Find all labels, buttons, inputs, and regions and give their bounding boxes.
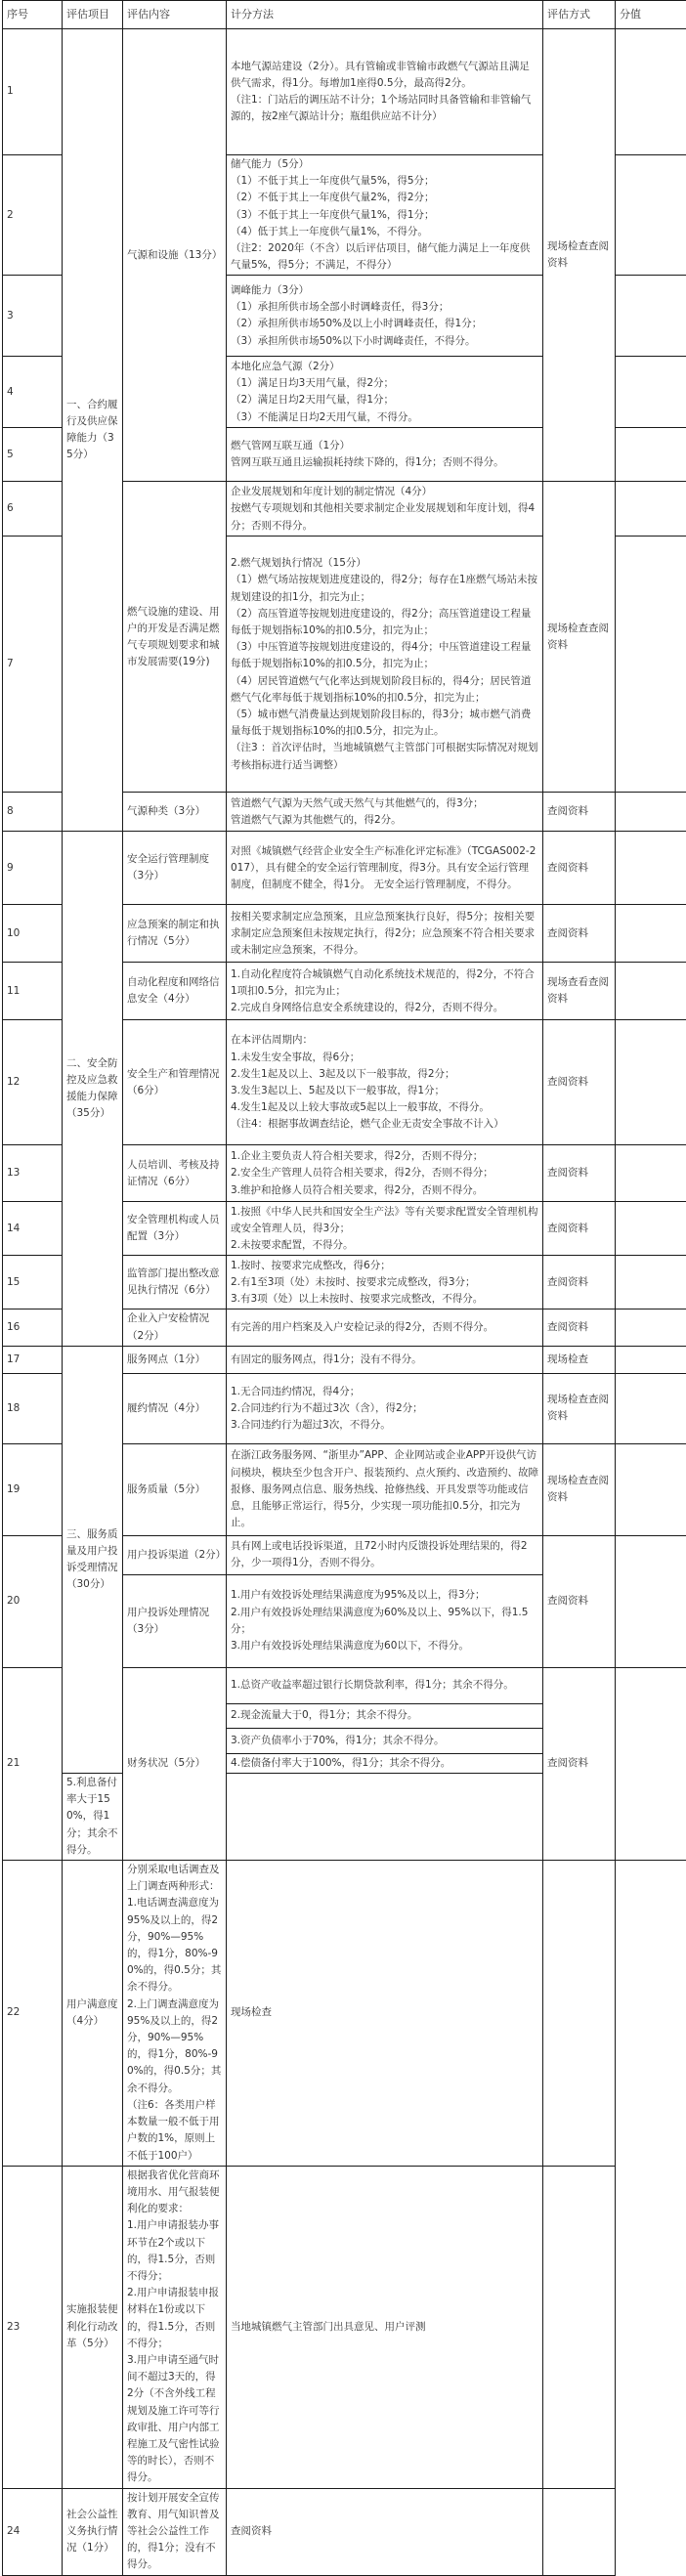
score-cell[interactable] xyxy=(616,1202,686,1256)
evaluation-content: 燃气设施的建设、用户的开发是否满足燃气专项规划要求和城市发展需要(19分) xyxy=(123,482,227,793)
table-row: 17 三、服务质量及用户投诉受理情况（30分） 服务网点（1分） 有固定的服务网… xyxy=(3,1346,686,1373)
row-number: 23 xyxy=(3,2166,63,2488)
method-line: （3）承担所供市场50%以下小时调峰责任，不得分。 xyxy=(231,333,538,350)
evaluation-content: 应急预案的制定和执行情况（5分） xyxy=(123,905,227,963)
method-line: （2）高压管道等按规划进度建设的，得2分；高压管道建设工程量每低于规划指标10%… xyxy=(231,606,538,639)
header-item: 评估项目 xyxy=(63,1,123,29)
row-number: 12 xyxy=(3,1020,63,1145)
method-line: 2.上门调查满意度为95%及以上的，得2分，90%—95%的，得1分，80%-9… xyxy=(127,1996,222,2097)
row-number: 10 xyxy=(3,905,63,963)
score-cell[interactable] xyxy=(616,963,686,1020)
method-line: 1.用户有效投诉处理结果满意度为95%及以上，得3分； xyxy=(231,1587,538,1604)
scoring-method: 对照《城镇燃气经营企业安全生产标准化评定标准》（TCGAS002-2017），具… xyxy=(227,832,543,905)
evaluation-content: 气源种类（3分） xyxy=(123,793,227,832)
header-way: 评估方式 xyxy=(543,1,616,29)
method-line: （1）满足日均3天用气量，得2分； xyxy=(231,375,538,392)
score-cell[interactable] xyxy=(616,793,686,832)
scoring-method: 1.按照《中华人民共和国安全生产法》等有关要求配置安全管理机构或安全管理人员，得… xyxy=(227,1202,543,1256)
method-line: 在本评估周期内： xyxy=(231,1032,538,1049)
evaluation-item-group-2: 二、安全防控及应急救援能力保障（35分） xyxy=(63,832,123,1346)
scoring-method: 燃气管网互联互通（1分） 管网互联互通且运输损耗持续下降的，得1分；否则不得分。 xyxy=(227,428,543,482)
evaluation-way: 查阅资料 xyxy=(543,1309,616,1346)
evaluation-content: 安全运行管理制度（3分） xyxy=(123,832,227,905)
method-line: 有固定的服务网点，得1分；没有不得分。 xyxy=(231,1352,538,1368)
row-number: 5 xyxy=(3,428,63,482)
score-cell[interactable] xyxy=(616,537,686,793)
method-line: （3）中压管道等按规划进度建设的，得4分；中压管道建设工程量每低于规划指标10%… xyxy=(231,639,538,672)
method-line: 企业发展规划和年度计划的制定情况（4分） xyxy=(231,484,538,500)
evaluation-content: 自动化程度和网络信息安全（4分） xyxy=(123,963,227,1020)
method-line: 根据我省优化营商环境用水、用气报装便利化的要求： xyxy=(127,2168,222,2218)
method-line: 燃气管网互联互通（1分） xyxy=(231,438,538,454)
row-number: 19 xyxy=(3,1443,63,1535)
method-line: 3.有3项（处）以上未按时、按要求完成整改，不得分。 xyxy=(231,1291,538,1308)
evaluation-item-group-1: 一、合约履行及供应保障能力（35分） xyxy=(63,29,123,832)
method-line: 2.完成自身网络信息安全系统建设的，得2分，否则不得分。 xyxy=(231,1000,538,1016)
method-line: 管道燃气气源为其他燃气的，得2分。 xyxy=(231,812,538,829)
scoring-method: 1.总资产收益率超过银行长期贷款利率，得1分；其余不得分。 xyxy=(227,1667,543,1703)
evaluation-way: 查阅资料 xyxy=(543,1202,616,1256)
method-line: 2.燃气规划执行情况（15分） xyxy=(231,555,538,572)
scoring-method: 本地化应急气源（2分） （1）满足日均3天用气量，得2分； （2）满足日均2天用… xyxy=(227,357,543,428)
row-number: 24 xyxy=(3,2488,63,2575)
evaluation-content: 履约情况（4分） xyxy=(123,1373,227,1443)
evaluation-way: 现场检查查阅资料 xyxy=(543,1443,616,1535)
row-number: 8 xyxy=(3,793,63,832)
method-line: （5）城市燃气消费量达到规划阶段目标的，得3分；城市燃气消费量每低于规划指标10… xyxy=(231,707,538,740)
scoring-method: 3.资产负债率小于70%，得1分；其余不得分。 xyxy=(227,1728,543,1753)
score-cell[interactable] xyxy=(616,1256,686,1309)
scoring-method: 5.利息备付率大于150%，得1分；其余不得分。 xyxy=(63,1774,123,1861)
method-line: 3.维护和抢修人员符合相关要求，得2分，否则不得分。 xyxy=(231,1182,538,1199)
score-cell[interactable] xyxy=(616,1145,686,1202)
evaluation-way: 现场检查查阅资料 xyxy=(543,1373,616,1443)
method-line: （注1：门站后的调压站不计分；1个场站同时具备管输和非管输气源的，按2座气源站计… xyxy=(231,92,538,125)
row-number: 4 xyxy=(3,357,63,428)
method-line: （2）满足日均2天用气量，得1分； xyxy=(231,392,538,408)
method-line: 2.有1至3项（处）未按时、按要求完成整改，得3分； xyxy=(231,1274,538,1291)
table-row: 9 二、安全防控及应急救援能力保障（35分） 安全运行管理制度（3分） 对照《城… xyxy=(3,832,686,905)
scoring-method: 具有网上或电话投诉渠道，且72小时内反馈投诉处理结果的，得2分，少一项得1分，否… xyxy=(227,1535,543,1574)
method-line: （1）承担所供市场全部小时调峰责任，得3分； xyxy=(231,299,538,316)
method-line: （注6：各类用户样本数量一般不低于用户数的1%，原则上不低于100户） xyxy=(127,2097,222,2165)
evaluation-way: 现场检查查阅资料 xyxy=(543,482,616,793)
method-line: （3）不低于其上一年度供气量1%，得1分； xyxy=(231,207,538,224)
evaluation-way: 现场查看查阅资料 xyxy=(543,963,616,1020)
row-number: 20 xyxy=(3,1535,63,1667)
evaluation-way: 查阅资料 xyxy=(543,1535,616,1667)
method-line: 1.按照《中华人民共和国安全生产法》等有关要求配置安全管理机构或安全管理人员，得… xyxy=(231,1204,538,1237)
table-row: 23 实施报装便利化行动改革（5分） 根据我省优化营商环境用水、用气报装便利化的… xyxy=(3,2166,686,2488)
method-line: 有完善的用户档案及入户安检记录的得2分，否则不得分。 xyxy=(231,1319,538,1336)
evaluation-way: 当地城镇燃气主管部门出具意见、用户评测 xyxy=(227,2166,543,2488)
score-cell[interactable] xyxy=(616,832,686,905)
evaluation-content: 社会公益性义务执行情况（1分） xyxy=(63,2488,123,2575)
evaluation-content: 监管部门提出整改意见执行情况（6分） xyxy=(123,1256,227,1309)
method-line: 按燃气专项规划和其他相关要求制定企业发展规划和年度计划，得4分；否则不得分。 xyxy=(231,500,538,534)
evaluation-content: 人员培训、考核及持证情况（6分） xyxy=(123,1145,227,1202)
method-line: 2.安全生产管理人员符合相关要求，得2分，否则不得分； xyxy=(231,1165,538,1181)
scoring-method: 1.无合同违约情况，得4分； 2.合同违约行为不超过3次（含），得2分； 3.合… xyxy=(227,1373,543,1443)
method-line: 2.未按要求配置，不得分。 xyxy=(231,1237,538,1254)
method-line: 储气能力（5分） xyxy=(231,156,538,173)
row-number: 15 xyxy=(3,1256,63,1309)
scoring-method: 1.企业主要负责人符合相关要求，得2分，否则不得分； 2.安全生产管理人员符合相… xyxy=(227,1145,543,1202)
score-cell[interactable] xyxy=(616,905,686,963)
method-line: （4）居民管道燃气气化率达到规划阶段目标的，得4分；居民管道燃气气化率每低于规划… xyxy=(231,673,538,707)
method-line: 具有网上或电话投诉渠道，且72小时内反馈投诉处理结果的，得2分，少一项得1分，否… xyxy=(231,1538,538,1571)
method-line: 按计划开展安全宣传教育、用气知识普及等社会公益性工作的，得1分；没有不得分。 xyxy=(127,2490,222,2574)
method-line: 1.无合同违约情况，得4分； xyxy=(231,1384,538,1400)
row-number: 1 xyxy=(3,29,63,155)
evaluation-way: 查阅资料 xyxy=(543,793,616,832)
scoring-method: 2.燃气规划执行情况（15分） （1）燃气场站按规划进度建设的，得2分；每存在1… xyxy=(227,537,543,793)
scoring-method: 1.自动化程度符合城镇燃气自动化系统技术规范的，得2分，不符合1项扣0.5分，扣… xyxy=(227,963,543,1020)
score-cell[interactable] xyxy=(616,1443,686,1535)
method-line: （注4：根据事故调查结论，燃气企业无责安全事故不计入） xyxy=(231,1116,538,1133)
method-line: 1.用户申请报装办事环节在2个或以下的，得1.5分，否则不得分； xyxy=(127,2217,222,2285)
header-no: 序号 xyxy=(3,1,63,29)
score-cell[interactable] xyxy=(616,29,686,155)
method-line: 3.发生3起以上、5起及以下一般事故，得1分； xyxy=(231,1083,538,1099)
evaluation-content: 服务质量（5分） xyxy=(123,1443,227,1535)
scoring-method: 有完善的用户档案及入户安检记录的得2分，否则不得分。 xyxy=(227,1309,543,1346)
score-cell[interactable] xyxy=(616,276,686,357)
evaluation-content: 气源和设施（13分） xyxy=(123,29,227,482)
score-cell[interactable] xyxy=(616,1373,686,1443)
method-line: 3.用户申请至通气时间不超过3天的，得2分（不含外线工程规划及施工许可等行政审批… xyxy=(127,2352,222,2487)
method-line: 调峰能力（3分） xyxy=(231,282,538,299)
method-line: （3）不能满足日均2天用气量，不得分。 xyxy=(231,409,538,426)
evaluation-way: 现场检查查阅资料 xyxy=(543,29,616,482)
evaluation-way: 查阅资料 xyxy=(543,1020,616,1145)
row-number: 14 xyxy=(3,1202,63,1256)
method-line: （2）承担所供市场50%及以上小时调峰责任，得1分； xyxy=(231,316,538,332)
method-line: 分别采取电话调查及上门调查两种形式： xyxy=(127,1862,222,1895)
row-number: 9 xyxy=(3,832,63,905)
evaluation-content: 服务网点（1分） xyxy=(123,1346,227,1373)
method-line: 3.合同违约行为超过3次，不得分。 xyxy=(231,1417,538,1434)
header-score: 分值 xyxy=(616,1,686,29)
score-cell[interactable] xyxy=(616,482,686,537)
evaluation-content: 财务状况（5分） xyxy=(123,1667,227,1860)
method-line: （注2：2020年（不含）以后评估项目，储气能力满足上一年度供气量5%，得5分；… xyxy=(231,240,538,274)
evaluation-way: 查阅资料 xyxy=(543,832,616,905)
method-line: 4.发生1起及以上较大事故或5起以上一般事故，不得分。 xyxy=(231,1099,538,1116)
evaluation-item-group-3: 三、服务质量及用户投诉受理情况（30分） xyxy=(63,1346,123,1773)
score-cell[interactable] xyxy=(616,1346,686,1373)
scoring-method: 本地气源站建设（2分）。具有管输或非管输市政燃气气源站且满足供气需求，得1分。每… xyxy=(227,29,543,155)
evaluation-way: 现场检查 xyxy=(543,1346,616,1373)
method-line: 1.电话调查满意度为95%及以上的，得2分，90%—95%的，得1分，80%-9… xyxy=(127,1895,222,1996)
row-number: 2 xyxy=(3,155,63,276)
scoring-method: 调峰能力（3分） （1）承担所供市场全部小时调峰责任，得3分； （2）承担所供市… xyxy=(227,276,543,357)
evaluation-way: 查阅资料 xyxy=(543,1256,616,1309)
method-line: 1.企业主要负责人符合相关要求，得2分，否则不得分； xyxy=(231,1148,538,1165)
evaluation-content: 企业入户安检情况（2分） xyxy=(123,1309,227,1346)
method-line: 2.发生1起及以上、3起及以下一般事故，得2分； xyxy=(231,1066,538,1083)
row-number: 6 xyxy=(3,482,63,537)
method-line: （1）不低于其上一年度供气量5%，得5分； xyxy=(231,173,538,190)
scoring-method: 2.现金流量大于0，得1分；其余不得分。 xyxy=(227,1703,543,1728)
evaluation-content: 安全生产和管理情况（6分） xyxy=(123,1020,227,1145)
method-line: （注3 ：首次评估时，当地城镇燃气主管部门可根据实际情况对规划考核指标进行适当调… xyxy=(231,740,538,773)
score-cell[interactable] xyxy=(616,1020,686,1145)
evaluation-way: 查阅资料 xyxy=(227,2488,543,2575)
row-number: 17 xyxy=(3,1346,63,1373)
scoring-method: 有固定的服务网点，得1分；没有不得分。 xyxy=(227,1346,543,1373)
score-cell[interactable] xyxy=(616,1667,686,1860)
evaluation-way: 查阅资料 xyxy=(543,1667,616,1860)
method-line: （2）不低于其上一年度供气量2%，得2分； xyxy=(231,190,538,206)
evaluation-content: 实施报装便利化行动改革（5分） xyxy=(63,2166,123,2488)
method-line: 本地化应急气源（2分） xyxy=(231,359,538,375)
method-line: （1）燃气场站按规划进度建设的，得2分；每存在1座燃气场站未按规划建设的扣1分，… xyxy=(231,572,538,605)
method-line: 3.用户有效投诉处理结果满意度为60以下，不得分。 xyxy=(231,1638,538,1654)
row-number: 16 xyxy=(3,1309,63,1346)
row-number: 11 xyxy=(3,963,63,1020)
evaluation-content: 用户投诉渠道（2分） xyxy=(123,1535,227,1574)
row-number: 21 xyxy=(3,1667,63,1860)
header-content: 评估内容 xyxy=(123,1,227,29)
method-line: 按相关要求制定应急预案，且应急预案执行良好，得5分；按相关要求制定应急预案但未按… xyxy=(231,909,538,960)
score-cell[interactable] xyxy=(543,1861,616,2167)
method-line: 2.用户有效投诉处理结果满意度为60%及以上、95%以下，得1.5分； xyxy=(231,1605,538,1638)
scoring-method: 储气能力（5分） （1）不低于其上一年度供气量5%，得5分； （2）不低于其上一… xyxy=(227,155,543,276)
row-number: 7 xyxy=(3,537,63,793)
table-row: 22 用户满意度（4分） 分别采取电话调查及上门调查两种形式： 1.电话调查满意… xyxy=(3,1861,686,2167)
row-number: 18 xyxy=(3,1373,63,1443)
method-line: 本地气源站建设（2分）。具有管输或非管输市政燃气气源站且满足供气需求，得1分。每… xyxy=(231,59,538,92)
table-row: 1 一、合约履行及供应保障能力（35分） 气源和设施（13分） 本地气源站建设（… xyxy=(3,29,686,155)
method-line: （4）低于其上一年度供气量1%，不得分。 xyxy=(231,224,538,240)
score-cell[interactable] xyxy=(616,357,686,428)
score-cell[interactable] xyxy=(616,1535,686,1667)
score-cell[interactable] xyxy=(543,2488,616,2575)
header-row: 序号 评估项目 评估内容 计分方法 评估方式 分值 xyxy=(3,1,686,29)
scoring-method: 在本评估周期内： 1.未发生安全事故，得6分； 2.发生1起及以上、3起及以下一… xyxy=(227,1020,543,1145)
evaluation-way: 现场检查 xyxy=(227,1861,543,2167)
scoring-method: 管道燃气气源为天然气或天然气与其他燃气的，得3分； 管道燃气气源为其他燃气的，得… xyxy=(227,793,543,832)
evaluation-way: 查阅资料 xyxy=(543,905,616,963)
method-line: 在浙江政务服务网、“浙里办”APP、企业网站或企业APP开设供气访问模块，模块至… xyxy=(231,1447,538,1531)
evaluation-way: 查阅资料 xyxy=(543,1145,616,1202)
evaluation-content: 安全管理机构或人员配置（3分） xyxy=(123,1202,227,1256)
method-line: 管道燃气气源为天然气或天然气与其他燃气的，得3分； xyxy=(231,795,538,812)
scoring-method: 在浙江政务服务网、“浙里办”APP、企业网站或企业APP开设供气访问模块，模块至… xyxy=(227,1443,543,1535)
scoring-method: 1.用户有效投诉处理结果满意度为95%及以上，得3分； 2.用户有效投诉处理结果… xyxy=(227,1574,543,1667)
scoring-method: 企业发展规划和年度计划的制定情况（4分） 按燃气专项规划和其他相关要求制定企业发… xyxy=(227,482,543,537)
score-cell[interactable] xyxy=(616,1309,686,1346)
method-line: 对照《城镇燃气经营企业安全生产标准化评定标准》（TCGAS002-2017），具… xyxy=(231,843,538,894)
score-cell[interactable] xyxy=(543,2166,616,2488)
method-line: 1.自动化程度符合城镇燃气自动化系统技术规范的，得2分，不符合1项扣0.5分，扣… xyxy=(231,966,538,1000)
method-line: 1.按时、按要求完成整改，得6分； xyxy=(231,1258,538,1274)
score-cell[interactable] xyxy=(616,155,686,276)
scoring-method: 分别采取电话调查及上门调查两种形式： 1.电话调查满意度为95%及以上的，得2分… xyxy=(123,1861,227,2167)
scoring-method: 按计划开展安全宣传教育、用气知识普及等社会公益性工作的，得1分；没有不得分。 xyxy=(123,2488,227,2575)
method-line: 管网互联互通且运输损耗持续下降的，得1分；否则不得分。 xyxy=(231,454,538,471)
scoring-method: 4.偿债备付率大于100%，得1分；其余不得分。 xyxy=(227,1753,543,1773)
method-line: 2.用户申请报装申报材料在1份或以下的，得1.5分，否则不得分； xyxy=(127,2285,222,2352)
row-number: 22 xyxy=(3,1861,63,2167)
scoring-method: 1.按时、按要求完成整改，得6分； 2.有1至3项（处）未按时、按要求完成整改，… xyxy=(227,1256,543,1309)
table-row: 24 社会公益性义务执行情况（1分） 按计划开展安全宣传教育、用气知识普及等社会… xyxy=(3,2488,686,2575)
evaluation-content: 用户满意度（4分） xyxy=(63,1861,123,2167)
method-line: 1.未发生安全事故，得6分； xyxy=(231,1050,538,1066)
row-number: 13 xyxy=(3,1145,63,1202)
row-number: 3 xyxy=(3,276,63,357)
score-cell[interactable] xyxy=(616,428,686,482)
scoring-method: 按相关要求制定应急预案，且应急预案执行良好，得5分；按相关要求制定应急预案但未按… xyxy=(227,905,543,963)
evaluation-table: 序号 评估项目 评估内容 计分方法 评估方式 分值 1 一、合约履行及供应保障能… xyxy=(2,0,686,2576)
header-method: 计分方法 xyxy=(227,1,543,29)
method-line: 2.合同违约行为不超过3次（含），得2分； xyxy=(231,1400,538,1417)
scoring-method: 根据我省优化营商环境用水、用气报装便利化的要求： 1.用户申请报装办事环节在2个… xyxy=(123,2166,227,2488)
evaluation-content: 用户投诉处理情况（3分） xyxy=(123,1574,227,1667)
